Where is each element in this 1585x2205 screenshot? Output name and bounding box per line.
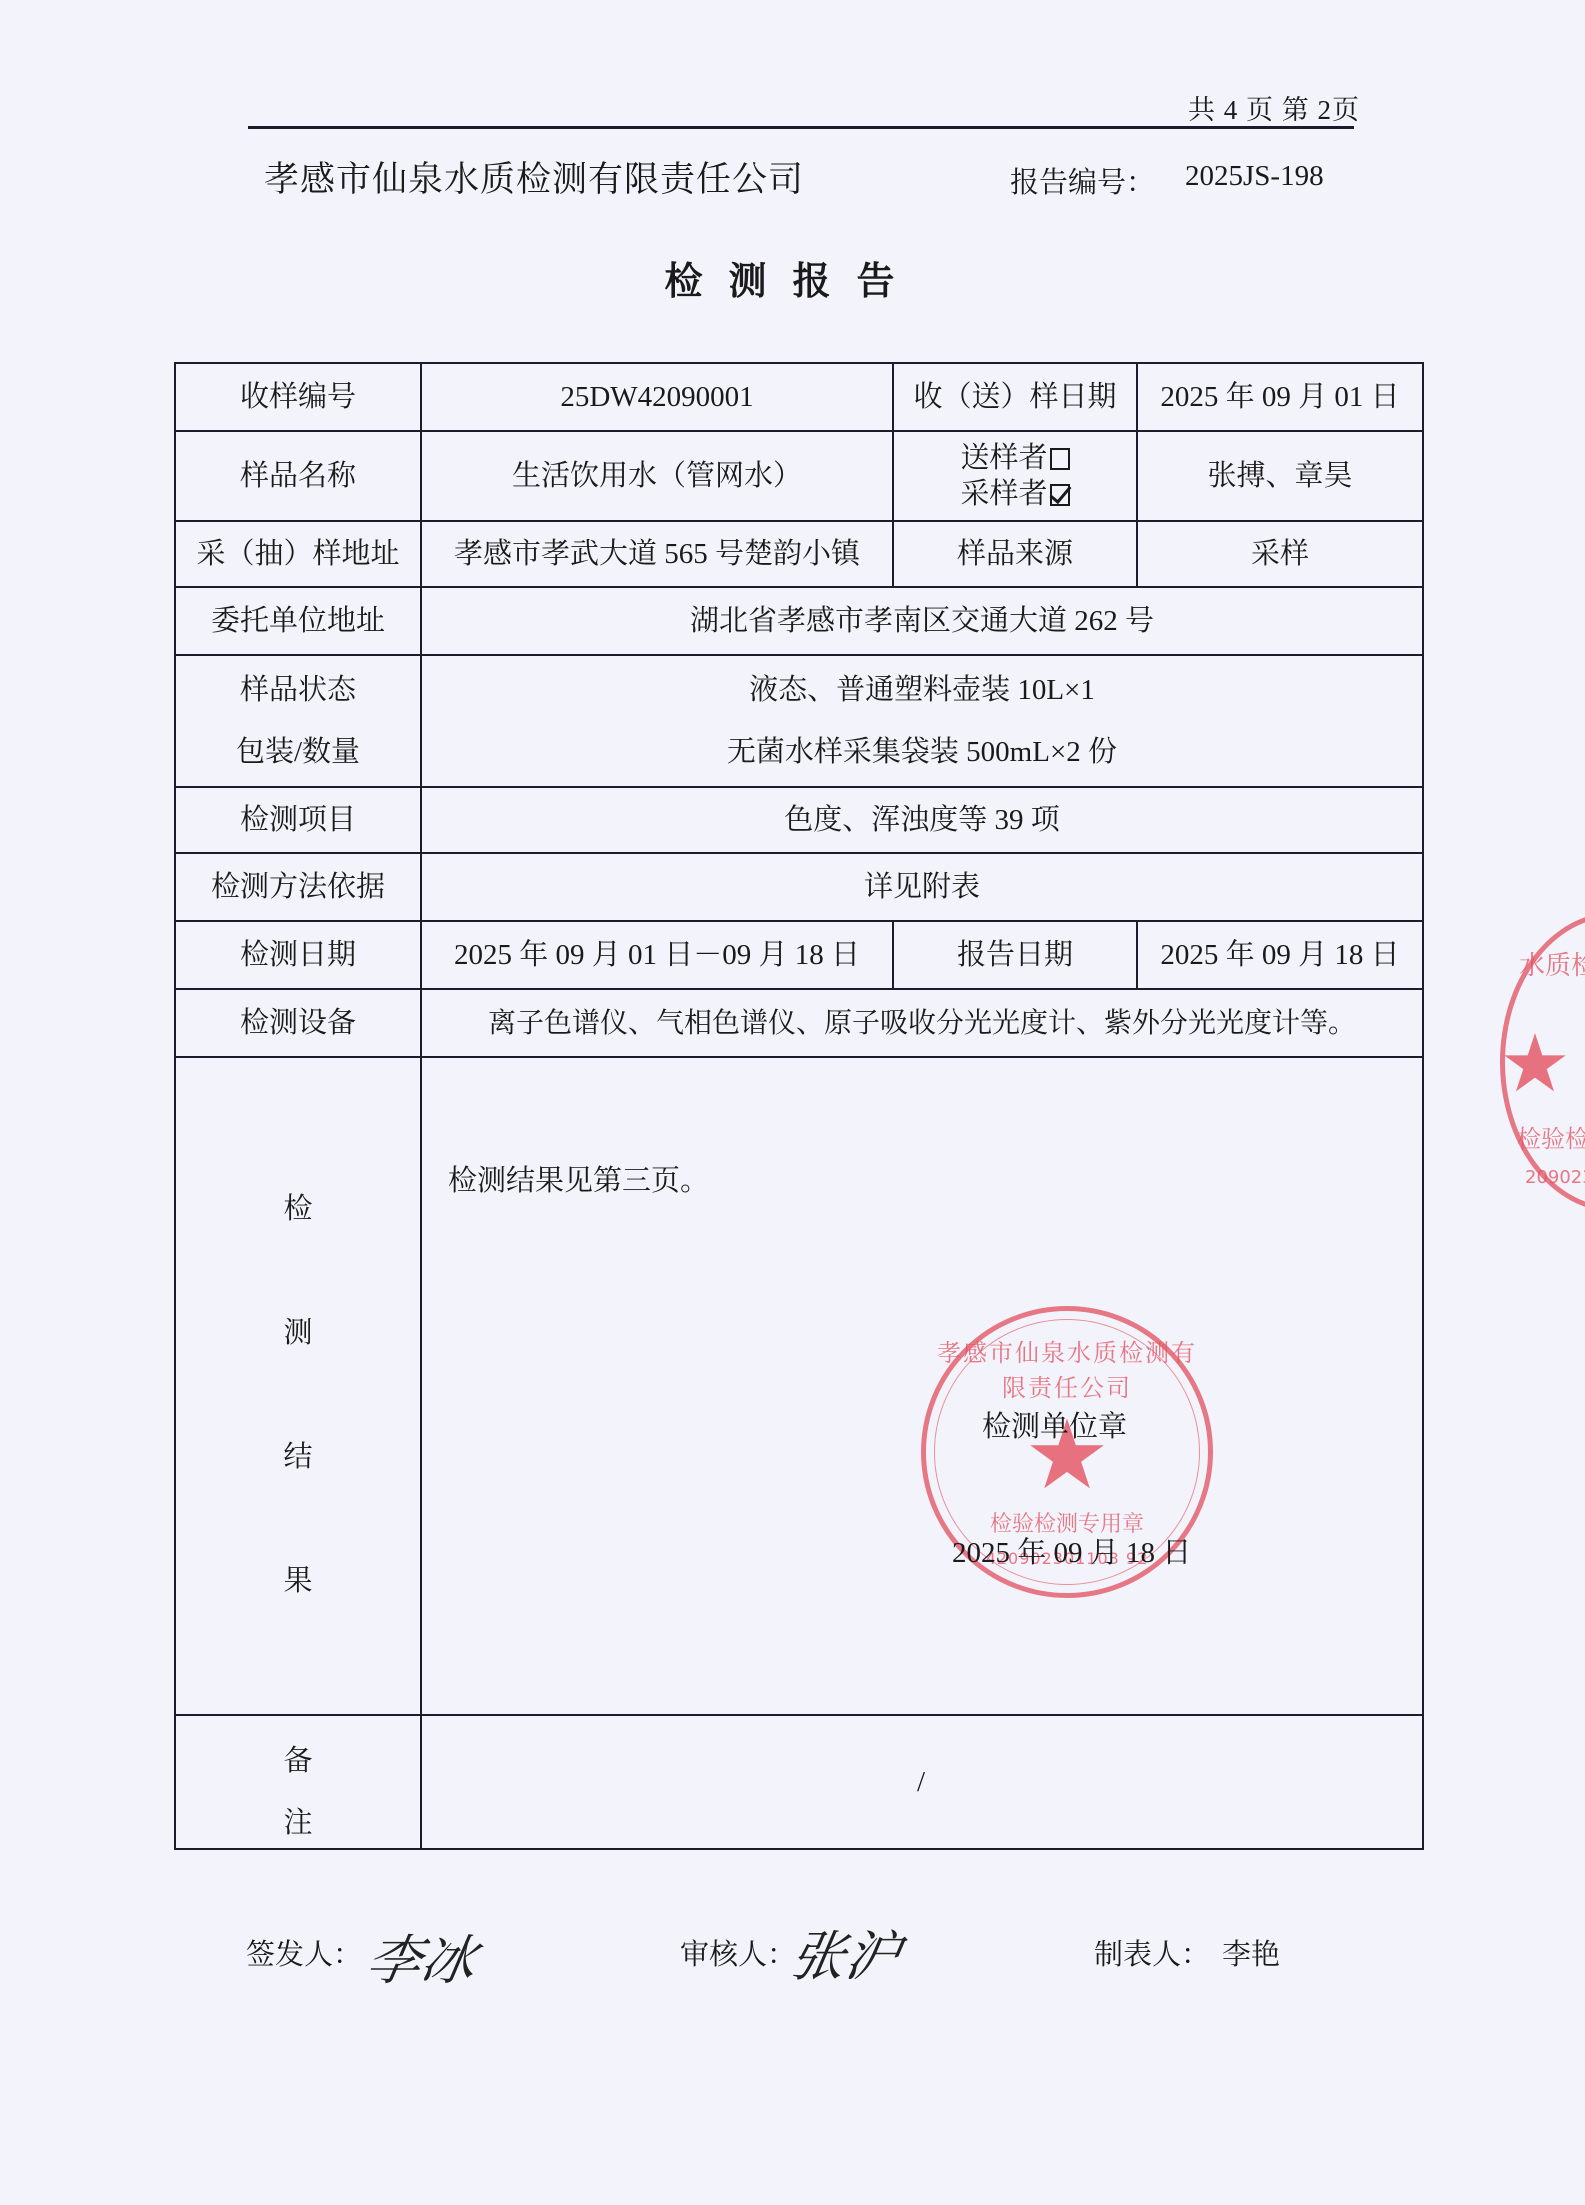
results-text: 检测结果见第三页。 [448, 1158, 709, 1199]
cross-seal-code: 209023 [1525, 1167, 1585, 1188]
remarks-value: / [420, 1716, 1422, 1848]
label-sample-no: 收样编号 [176, 364, 420, 430]
label-equipment: 检测设备 [176, 990, 420, 1056]
row-sample-state: 样品状态 包装/数量 液态、普通塑料壶装 10L×1 无菌水样采集袋装 500m… [176, 656, 1422, 788]
label-results-char: 果 [176, 1558, 420, 1599]
option-submitter: 送样者 [960, 440, 1069, 476]
value-sample-state-line2: 无菌水样采集袋装 500mL×2 份 [727, 734, 1117, 770]
document-title: 检测报告 [0, 250, 1585, 305]
report-number-label: 报告编号： [1010, 160, 1155, 201]
value-sampling-address: 孝感市孝武大道 565 号楚韵小镇 [420, 522, 892, 586]
label-receive-date: 收（送）样日期 [892, 364, 1136, 430]
seal-date: 2025 年 09 月 18 日 [952, 1530, 1191, 1571]
issuer-signature: 李冰 [361, 1918, 483, 1995]
value-test-date: 2025 年 09 月 01 日－09 月 18 日 [420, 922, 892, 988]
results-cell [420, 1058, 1422, 1714]
reviewer-label: 审核人： [680, 1932, 796, 1973]
value-report-date: 2025 年 09 月 18 日 [1136, 922, 1422, 988]
row-sample-name: 样品名称 生活饮用水（管网水） 送样者 采样者 张搏、章昊 [176, 432, 1422, 522]
value-receive-date: 2025 年 09 月 01 日 [1136, 364, 1422, 430]
option-submitter-label: 送样者 [960, 442, 1047, 474]
label-sample-name: 样品名称 [176, 432, 420, 520]
row-remarks: 备 注 / [176, 1716, 1422, 1848]
row-sampling-address: 采（抽）样地址 孝感市孝武大道 565 号楚韵小镇 样品来源 采样 [176, 522, 1422, 588]
label-test-method: 检测方法依据 [176, 854, 420, 920]
label-test-date: 检测日期 [176, 922, 420, 988]
checkbox-sampler-checked[interactable] [1050, 484, 1070, 506]
label-sample-state-line1: 样品状态 [240, 672, 356, 708]
cross-seal-inner-text: 检验检测 [1517, 1119, 1585, 1154]
page-indicator: 共 4 页 第 2页 [1188, 88, 1360, 127]
value-samplers: 张搏、章昊 [1136, 432, 1422, 520]
preparer-label: 制表人： [1094, 1932, 1210, 1973]
row-test-method: 检测方法依据 详见附表 [176, 854, 1422, 922]
label-remarks: 备 注 [176, 1716, 420, 1848]
label-sample-state: 样品状态 包装/数量 [176, 656, 420, 786]
label-results: 检 测 结 果 [176, 1058, 420, 1714]
value-sample-state-line1: 液态、普通塑料壶装 10L×1 [749, 672, 1095, 708]
value-test-method: 详见附表 [420, 854, 1422, 920]
row-client-address: 委托单位地址 湖北省孝感市孝南区交通大道 262 号 [176, 588, 1422, 656]
row-sample-no: 收样编号 25DW42090001 收（送）样日期 2025 年 09 月 01… [176, 364, 1422, 432]
star-icon: ★ [1425, 1017, 1585, 1111]
label-client-address: 委托单位地址 [176, 588, 420, 654]
option-sampler-label: 采样者 [960, 478, 1047, 510]
row-test-date: 检测日期 2025 年 09 月 01 日－09 月 18 日 报告日期 202… [176, 922, 1422, 990]
cross-page-seal: ★ 水质检测 检验检测 209023 [1500, 912, 1585, 1212]
value-client-address: 湖北省孝感市孝南区交通大道 262 号 [420, 588, 1422, 654]
value-sample-name: 生活饮用水（管网水） [420, 432, 892, 520]
value-test-items: 色度、浑浊度等 39 项 [420, 788, 1422, 852]
label-results-char: 测 [176, 1310, 420, 1351]
report-table: 收样编号 25DW42090001 收（送）样日期 2025 年 09 月 01… [174, 362, 1424, 1850]
row-equipment: 检测设备 离子色谱仪、气相色谱仪、原子吸收分光光度计、紫外分光光度计等。 [176, 990, 1422, 1058]
label-sampling-address: 采（抽）样地址 [176, 522, 420, 586]
label-test-items: 检测项目 [176, 788, 420, 852]
label-report-date: 报告日期 [892, 922, 1136, 988]
cross-seal-arc-text: 水质检测 [1519, 945, 1585, 982]
checkbox-submitter[interactable] [1050, 448, 1070, 470]
seal-arc-text: 孝感市仙泉水质检测有限责任公司 [926, 1333, 1208, 1403]
company-name: 孝感市仙泉水质检测有限责任公司 [264, 152, 804, 202]
value-sample-state: 液态、普通塑料壶装 10L×1 无菌水样采集袋装 500mL×2 份 [420, 656, 1422, 786]
label-sample-source: 样品来源 [892, 522, 1136, 586]
signature-row: 签发人： 李冰 审核人： 张沪 制表人： 李艳 [0, 1918, 1585, 1998]
issuer-label: 签发人： [246, 1932, 362, 1973]
label-results-char: 结 [176, 1434, 420, 1475]
value-equipment: 离子色谱仪、气相色谱仪、原子吸收分光光度计、紫外分光光度计等。 [420, 990, 1422, 1056]
row-results: 检 测 结 果 检测结果见第三页。 ★ 孝感市仙泉水质检测有限责任公司 检验检测… [176, 1058, 1422, 1716]
label-remarks-char: 注 [176, 1800, 420, 1841]
label-remarks-char: 备 [176, 1738, 420, 1779]
seal-label: 检测单位章 [982, 1404, 1127, 1445]
value-sample-no: 25DW42090001 [420, 364, 892, 430]
option-sampler: 采样者 [960, 476, 1069, 512]
preparer-name: 李艳 [1222, 1932, 1280, 1973]
label-sample-state-line2: 包装/数量 [236, 734, 360, 770]
row-test-items: 检测项目 色度、浑浊度等 39 项 [176, 788, 1422, 854]
reviewer-signature: 张沪 [785, 1914, 907, 1991]
value-sample-source: 采样 [1136, 522, 1422, 586]
submitter-type: 送样者 采样者 [892, 432, 1136, 520]
header-rule [248, 126, 1354, 129]
label-results-char: 检 [176, 1186, 420, 1227]
report-number: 2025JS-198 [1185, 160, 1324, 193]
